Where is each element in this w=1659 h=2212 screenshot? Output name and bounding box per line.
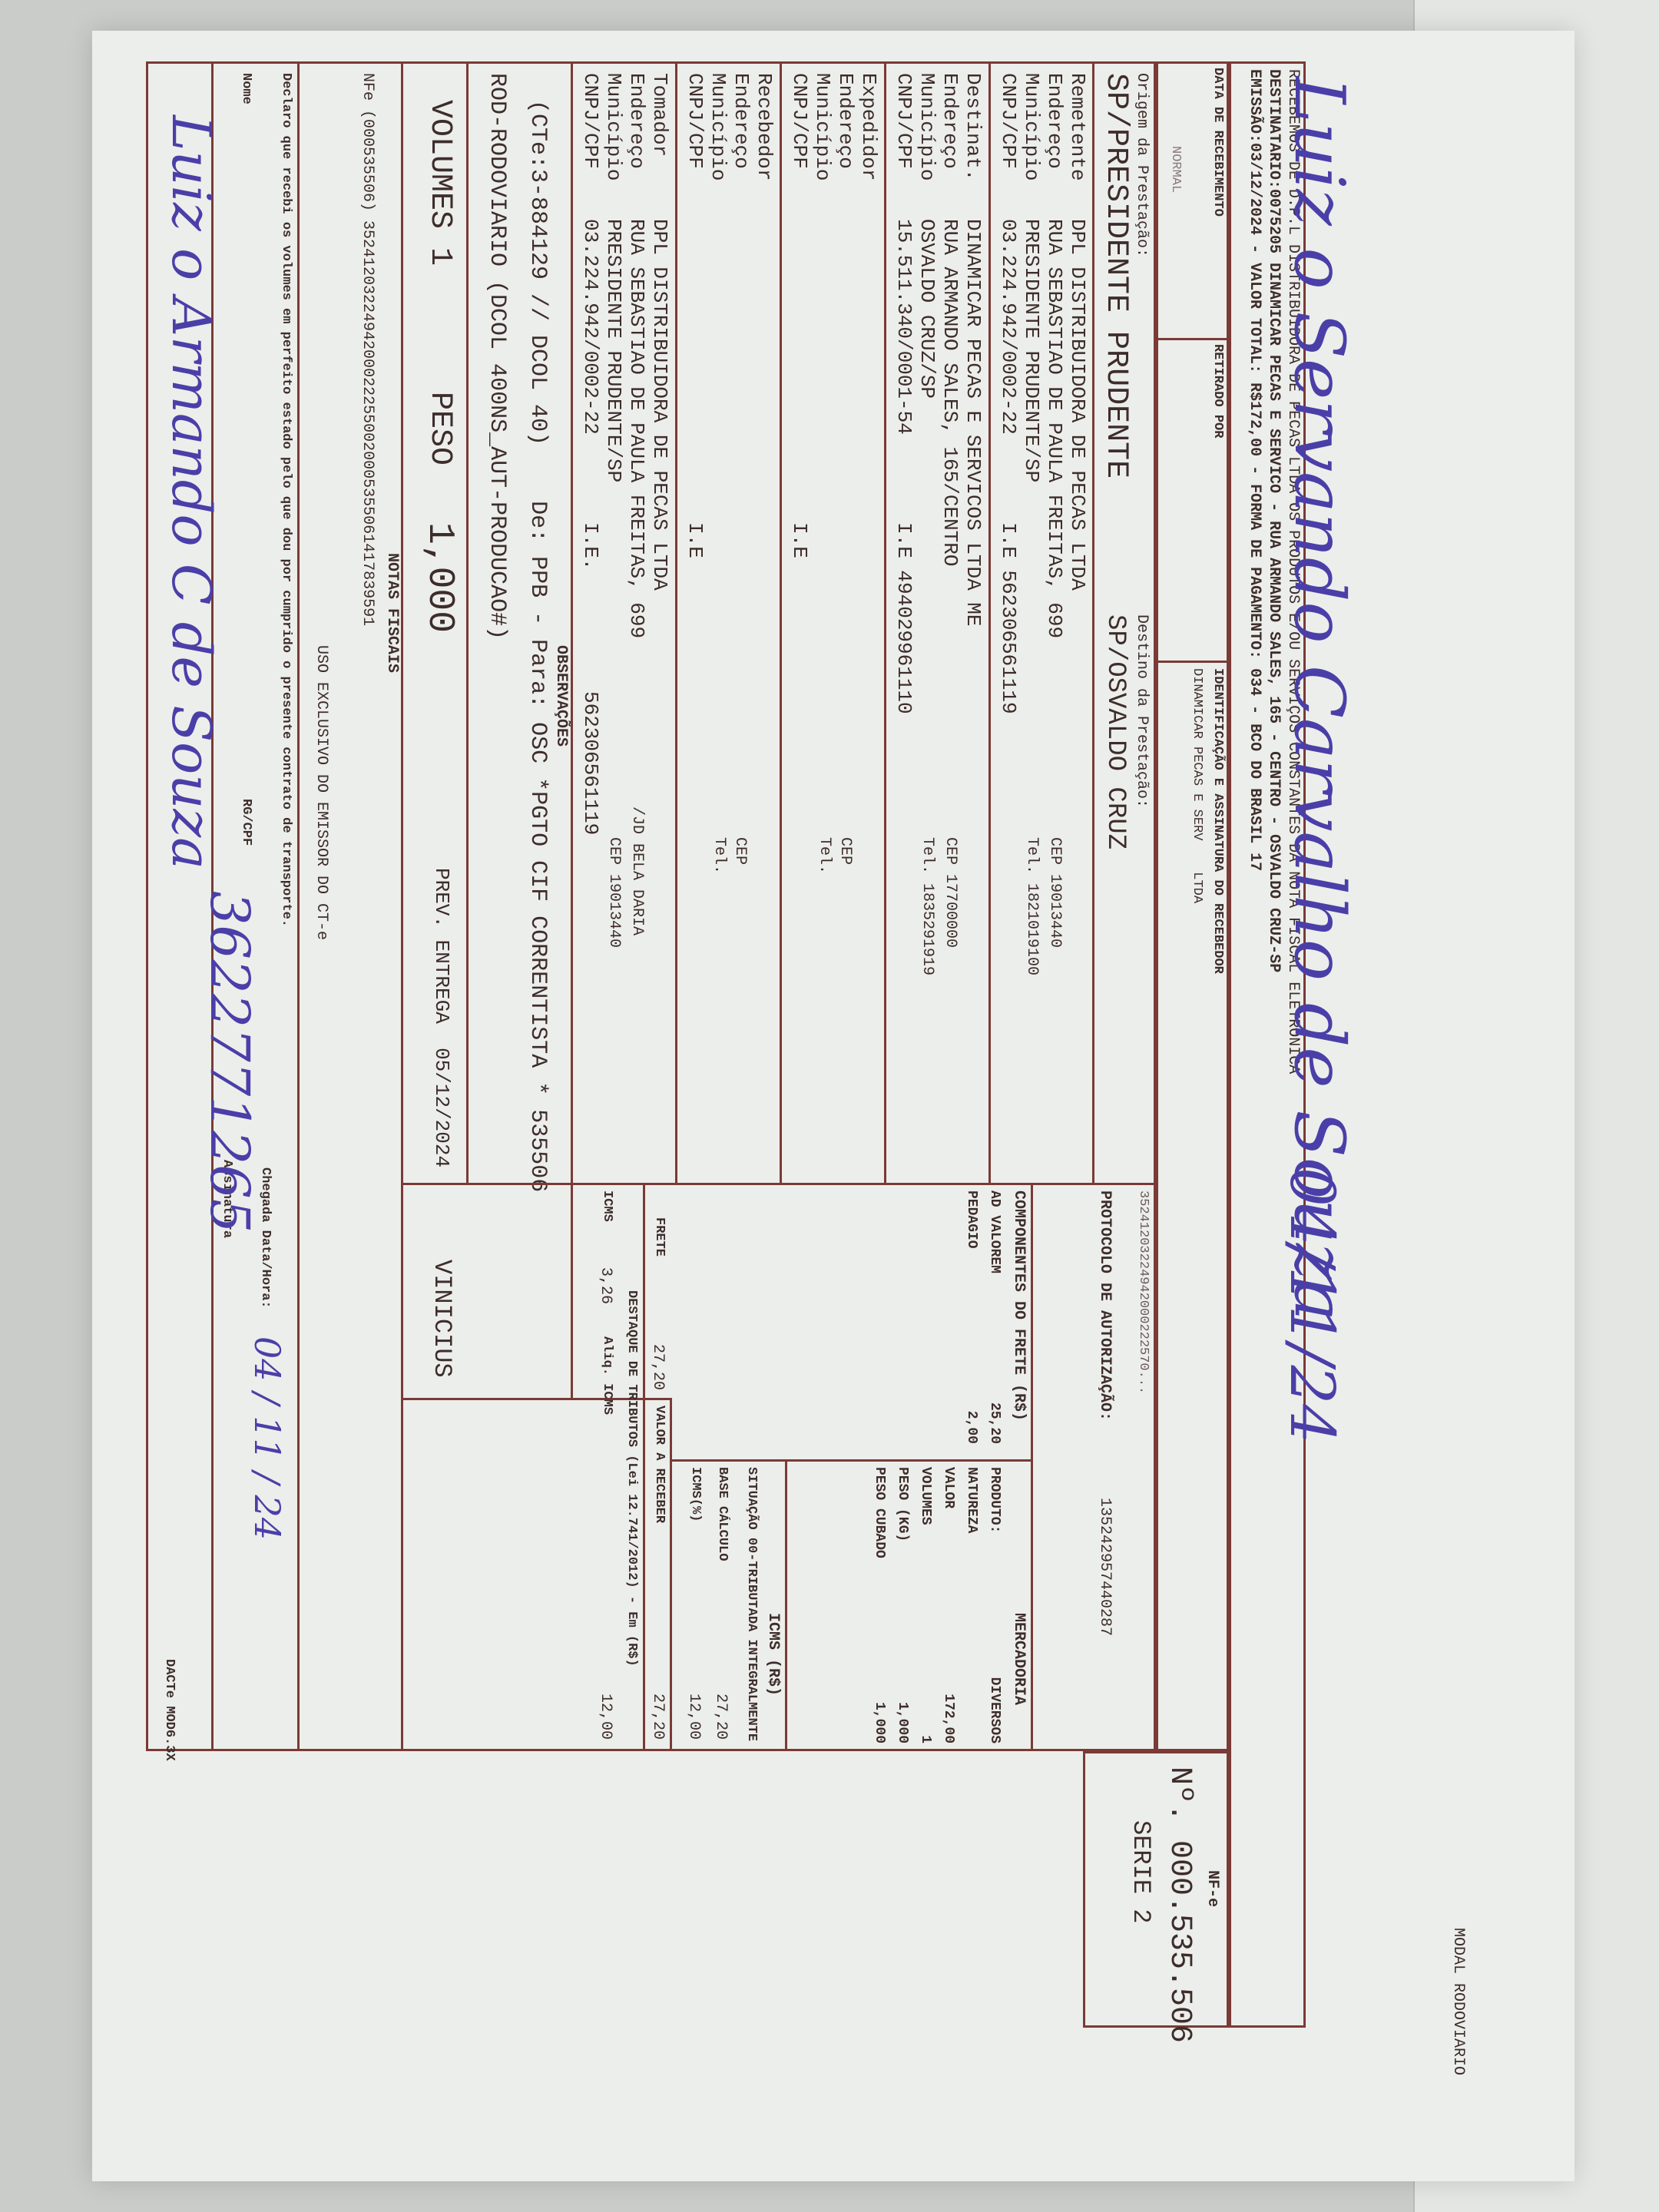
tomador-cnpj-label: CNPJ/CPF <box>579 73 602 219</box>
tributos-aliq-label: Aliq. ICMS <box>599 1336 614 1415</box>
protocolo-label: PROTOCOLO DE AUTORIZAÇÃO: <box>1095 1190 1114 1421</box>
serie: SERIE 2 <box>1129 1820 1152 1923</box>
componentes-label: COMPONENTES DO FRETE (R$) <box>1009 1190 1028 1421</box>
frete-value: 27,20 <box>648 1344 667 1390</box>
mercadoria-value: 1,000 <box>868 1702 891 1743</box>
recebedor-tel: Tel. <box>710 837 728 874</box>
nome-label: Nome <box>238 73 253 104</box>
origem-value: SP/PRESIDENTE PRUDENTE <box>1098 73 1133 478</box>
destinatario-tel: Tel. 1835291919 <box>918 837 936 975</box>
tomador-label: Tomador <box>648 73 671 219</box>
volumes-value: 1 <box>422 247 457 266</box>
tomador-bairro: /JD BELA DARIA <box>628 806 646 935</box>
mercadoria-name: VOLUMES <box>914 1467 937 1525</box>
mercadoria-row: PRODUTO:DIVERSOS <box>983 1467 1006 1743</box>
expedidor-endereco-label: Endereço <box>834 73 857 169</box>
remetente-endereco-label: Endereço <box>1043 73 1066 219</box>
destinatario-label: Destinat. <box>962 73 985 219</box>
retirado-label: RETIRADO POR <box>1210 344 1225 438</box>
mercadoria-name: NATUREZA <box>960 1467 983 1533</box>
peso-value: 1,000 <box>422 522 457 633</box>
handwritten-chegada: 04 / 11 / 24 <box>247 1336 288 1540</box>
mercadoria-value: 1,000 <box>891 1702 914 1743</box>
expedidor-municipio-label: Município <box>811 73 834 180</box>
componente-name: PEDAGIO <box>960 1190 983 1249</box>
mercadoria-name: VALOR <box>937 1467 960 1508</box>
dacte-document: RECEBEMOS DE D.P.L DISTRIBUIDORA DE PECA… <box>138 31 1482 2104</box>
destinatario-ie: I.E 494029961110 <box>892 522 916 714</box>
tomador-endereco-label: Endereço <box>625 73 648 219</box>
componente-value: 25,20 <box>983 1402 1006 1444</box>
observacoes-line2: ROD-RODOVIARIO (DCOL 400NS_AUT-PRODUCAO#… <box>485 73 508 640</box>
origem-label: Origem da Prestação: <box>1132 73 1151 257</box>
componente-name: AD VALOREM <box>983 1190 1006 1273</box>
handwritten-name: Luiz o Armando C de Souza <box>160 115 223 869</box>
protocolo-value: 135242957440287 <box>1095 1498 1114 1636</box>
destinatario-endereco-label: Endereço <box>939 73 962 219</box>
icms-situacao: SITUAÇÃO 00-TRIBUTADA INTEGRALMENTE <box>743 1467 759 1741</box>
icms-aliq-label: ICMS(%) <box>687 1467 703 1522</box>
destinatario-cnpj-label: CNPJ/CPF <box>892 73 916 219</box>
date-label: DATA DE RECEBIMENTO <box>1210 68 1225 217</box>
expedidor-ie: I.E <box>788 522 811 558</box>
remetente-tel: Tel. 1821019100 <box>1022 837 1041 975</box>
remetente-endereco: RUA SEBASTIAO DE PAULA FREITAS, 699 <box>1043 219 1066 638</box>
mercadoria-name: PESO (KG) <box>891 1467 914 1541</box>
tomador-ie: 562306561119 <box>579 691 602 835</box>
destinatario-municipio: OSVALDO CRUZ/SP <box>916 219 939 399</box>
destinatario-cnpj: 15.511.340/0001-54 <box>892 219 916 435</box>
remetente-municipio: PRESIDENTE PRUDENTE/SP <box>1020 219 1043 482</box>
tomador-ie-label: I.E. <box>579 522 602 570</box>
destino-label: Destino da Prestação: <box>1132 614 1151 808</box>
rg-label: RG/CPF <box>238 799 253 846</box>
nfe-number: Nº. 000.535.506 <box>1161 1767 1197 2043</box>
remetente-name: DPL DISTRIBUIDORA DE PECAS LTDA <box>1066 219 1089 591</box>
destino-value: SP/OSVALDO CRUZ <box>1098 614 1133 849</box>
remetente-ie: I.E 562306561119 <box>997 522 1020 714</box>
declaro-text: Declaro que recebi os volumes em perfeit… <box>278 73 293 927</box>
expedidor-cep: CEP <box>836 837 854 865</box>
tributos-aliq-value: 12,00 <box>596 1694 614 1740</box>
uso-exclusivo-label: USO EXCLUSIVO DO EMISSOR DO CT-e <box>312 645 330 940</box>
mercadoria-row: VALOR172,00 <box>937 1467 960 1743</box>
tomador-cnpj: 03.224.942/0002-22 <box>579 219 602 435</box>
recebedor-ie: I.E <box>684 522 707 558</box>
handwritten-date: 04/11/24 <box>1277 1167 1348 1443</box>
componentes-list: AD VALOREM25,20PEDAGIO2,00 <box>960 1190 1006 1444</box>
remetente-municipio-label: Município <box>1020 73 1043 219</box>
mercadoria-value: 172,00 <box>937 1694 960 1743</box>
mercadoria-name: PESO CUBADO <box>868 1467 891 1558</box>
valor-receber-value: 27,20 <box>648 1694 667 1740</box>
tributos-icms-label: ICMS <box>599 1190 614 1222</box>
expedidor-label: Expedidor <box>857 73 880 180</box>
icms-label: ICMS (R$) <box>763 1613 782 1696</box>
volumes-label: VOLUMES <box>422 100 457 229</box>
handwritten-receiver-name: Luiz o Servando Carvalho de Souza <box>1279 77 1359 1321</box>
mercadoria-label: MERCADORIA <box>1009 1613 1028 1705</box>
recebedor-municipio-label: Município <box>707 73 730 180</box>
nfe-label: NF-e <box>1203 1870 1221 1907</box>
recebedor-cep: CEP <box>730 837 749 865</box>
icms-base-label: BASE CÁLCULO <box>714 1467 730 1561</box>
destinatario-endereco: RUA ARMANDO SALES, 165/CENTRO <box>939 219 962 566</box>
tomador-name: DPL DISTRIBUIDORA DE PECAS LTDA <box>648 219 671 591</box>
mercadoria-value: DIVERSOS <box>983 1677 1006 1743</box>
mercadoria-value: 1 <box>914 1735 937 1743</box>
prev-entrega-value: 05/12/2024 <box>430 1048 453 1167</box>
mercadoria-name: PRODUTO: <box>983 1467 1006 1533</box>
mercadoria-row: PESO CUBADO1,000 <box>868 1467 891 1743</box>
observacoes-label: OBSERVAÇÕES <box>551 645 570 747</box>
mercadoria-row: NATUREZA <box>960 1467 983 1743</box>
destinatario-municipio-label: Município <box>916 73 939 219</box>
remetente-label: Remetente <box>1066 73 1089 219</box>
destinatario-cep: CEP 17700000 <box>941 837 959 948</box>
mercadoria-row: VOLUMES1 <box>914 1467 937 1743</box>
destinatario-name: DINAMICAR PECAS E SERVICOS LTDA ME <box>962 219 985 627</box>
mercadoria-list: PRODUTO:DIVERSOSNATUREZAVALOR172,00VOLUM… <box>868 1467 1006 1743</box>
mercadoria-row: PESO (KG)1,000 <box>891 1467 914 1743</box>
notas-fiscais-line: NFe (000535506) 352412032249420002225500… <box>358 73 376 626</box>
tributos-label: DESTAQUE DE TRIBUTOS (Lei 12.741/2012) -… <box>624 1290 639 1667</box>
recebedor-cnpj-label: CNPJ/CPF <box>684 73 707 169</box>
notas-fiscais-label: NOTAS FISCAIS <box>382 553 401 673</box>
normal-label: NORMAL <box>1167 146 1183 193</box>
componente-row: PEDAGIO2,00 <box>960 1190 983 1444</box>
valor-receber-label: VALOR A RECEBER <box>651 1406 667 1523</box>
icms-base-value: 27,20 <box>711 1694 730 1740</box>
tomador-municipio: PRESIDENTE PRUDENTE/SP <box>602 219 625 482</box>
icms-aliq-value: 12,00 <box>684 1694 703 1740</box>
tributos-icms-value: 3,26 <box>596 1267 614 1304</box>
motorista: VINICIUS <box>430 1260 453 1378</box>
handwritten-rg: 3622771265 <box>198 891 261 1233</box>
prev-entrega-label: PREV. ENTREGA <box>430 868 453 1024</box>
remetente-cnpj-label: CNPJ/CPF <box>997 73 1020 219</box>
expedidor-tel: Tel. <box>815 837 833 874</box>
recebedor-endereco-label: Endereço <box>730 73 753 169</box>
frete-label: FRETE <box>651 1217 667 1257</box>
componente-value: 2,00 <box>960 1411 983 1444</box>
observacoes-line1: (CTe:3-884129 // DCOL 40) De: PPB - Para… <box>526 100 549 1192</box>
tomador-municipio-label: Município <box>602 73 625 219</box>
identificacao-value: DINAMICAR PECAS E SERV LTDA <box>1189 668 1204 903</box>
form-code: DACTe MOD6.3X <box>161 1659 177 1761</box>
componente-row: AD VALOREM25,20 <box>983 1190 1006 1444</box>
remetente-cep: CEP 19013440 <box>1045 837 1064 948</box>
remetente-cnpj: 03.224.942/0002-22 <box>997 219 1020 435</box>
modal-label: MODAL RODOVIARIO <box>1449 1928 1467 2075</box>
recebedor-label: Recebedor <box>753 73 776 180</box>
chave-acesso: 35241203224942000222570... <box>1135 1190 1151 1394</box>
expedidor-cnpj-label: CNPJ/CPF <box>788 73 811 169</box>
tomador-endereco: RUA SEBASTIAO DE PAULA FREITAS, 699 <box>625 219 648 638</box>
identificacao-label: IDENTIFICAÇÃO E ASSINATURA DO RECEBEDOR <box>1210 668 1225 974</box>
tomador-cep: CEP 19013440 <box>604 837 623 948</box>
receipt-line3: EMISSÃO:03/12/2024 - VALOR TOTAL: R$172,… <box>1245 69 1263 871</box>
peso-label: PESO <box>422 392 457 465</box>
